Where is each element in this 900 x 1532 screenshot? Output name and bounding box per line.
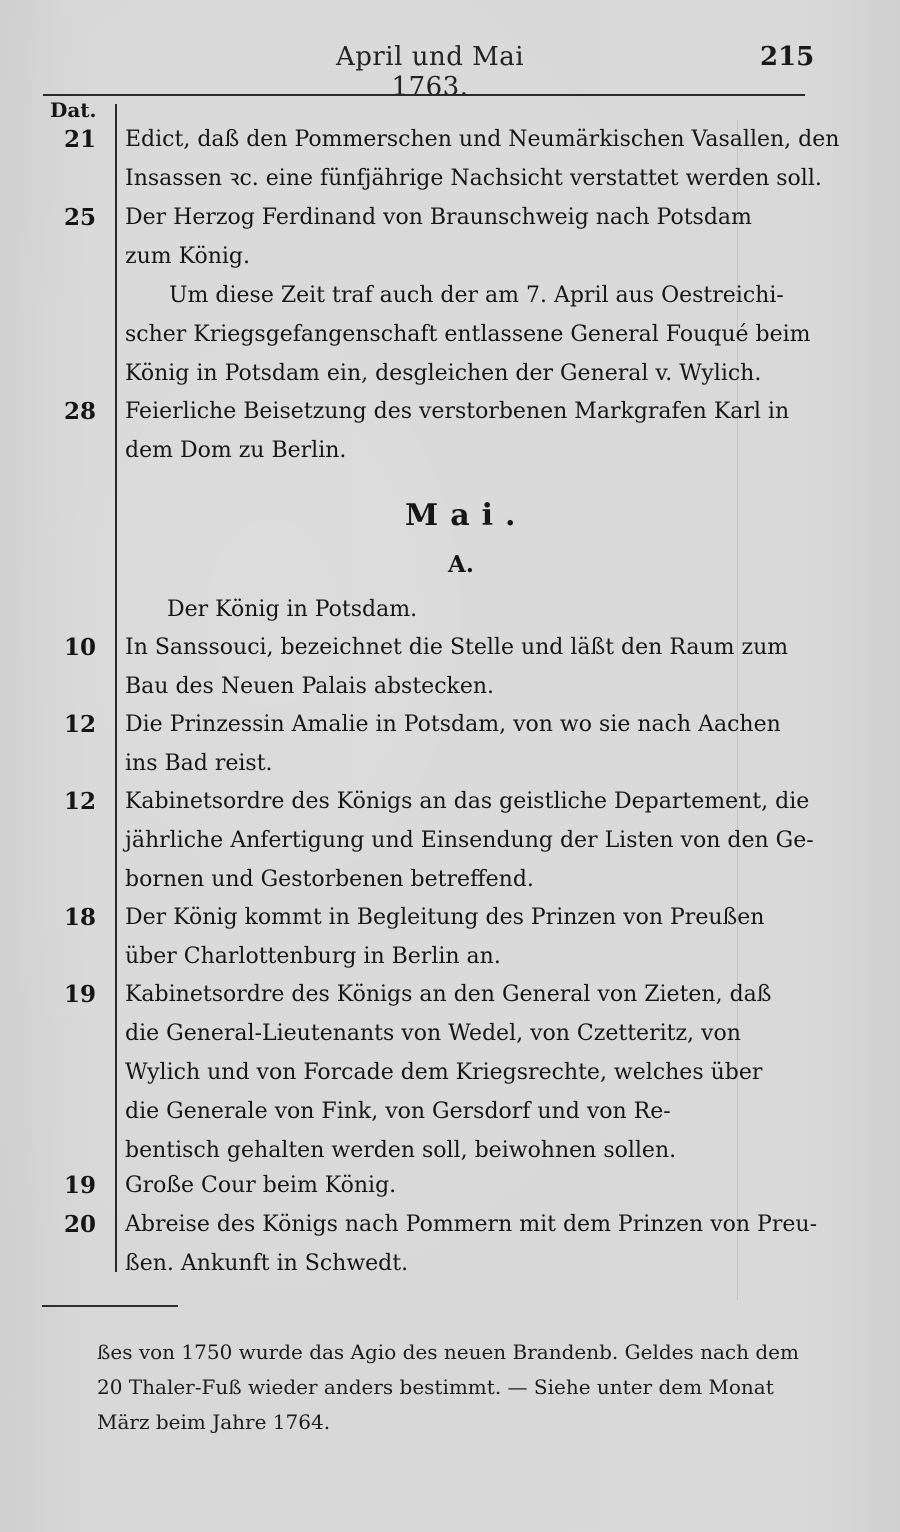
entry-line: Um diese Zeit traf auch der am 7. April …: [125, 276, 810, 315]
subsection-title: Der König in Potsdam.: [167, 590, 417, 629]
footnote-line: ßes von 1750 wurde das Agio des neuen Br…: [97, 1335, 812, 1370]
entry-line: bentisch gehalten werden soll, beiwohnen…: [125, 1131, 810, 1170]
entry-line: die Generale von Fink, von Gersdorf und …: [125, 1092, 810, 1131]
entry-line: König in Potsdam ein, desgleichen der Ge…: [125, 354, 810, 393]
entry-text: Der König kommt in Begleitung des Prinze…: [125, 898, 810, 976]
entry-line: Kabinetsordre des Königs an den General …: [125, 975, 810, 1014]
entry-line: dem Dom zu Berlin.: [125, 431, 810, 470]
entry-line: jährliche Anfertigung und Einsendung der…: [125, 821, 810, 860]
entry-day: 20: [40, 1205, 96, 1244]
entry-line: Der König kommt in Begleitung des Prinze…: [125, 898, 810, 937]
entry-day: 18: [40, 898, 96, 937]
running-head: April und Mai 1763. 215: [0, 40, 900, 80]
month-heading: Mai.: [405, 498, 525, 533]
entry-text: Abreise des Königs nach Pommern mit dem …: [125, 1205, 810, 1283]
entry-line: In Sanssouci, bezeichnet die Stelle und …: [125, 628, 810, 667]
entry-text: Der Herzog Ferdinand von Braunschweig na…: [125, 198, 810, 276]
entry-day: 25: [40, 198, 96, 237]
entry-line: Große Cour beim König.: [125, 1166, 810, 1205]
subsection-heading: A.: [448, 551, 474, 578]
entry-text: In Sanssouci, bezeichnet die Stelle und …: [125, 628, 810, 706]
entry-text: Große Cour beim König.: [125, 1166, 810, 1205]
entry-line: Bau des Neuen Palais abstecken.: [125, 667, 810, 706]
footnote: ßes von 1750 wurde das Agio des neuen Br…: [97, 1335, 812, 1440]
entry-line: die General-Lieutenants von Wedel, von C…: [125, 1014, 810, 1053]
entry-line: Feierliche Beisetzung des verstorbenen M…: [125, 392, 810, 431]
entry-line: über Charlottenburg in Berlin an.: [125, 937, 810, 976]
book-page: April und Mai 1763. 215 Dat. 21 Edict, d…: [0, 0, 900, 1532]
entry-text: Kabinetsordre des Königs an den General …: [125, 975, 810, 1170]
footnote-line: März beim Jahre 1764.: [97, 1405, 812, 1440]
entry-day: 19: [40, 975, 96, 1014]
entry-text: Die Prinzessin Amalie in Potsdam, von wo…: [125, 705, 810, 783]
running-title: April und Mai 1763.: [300, 42, 560, 102]
entry-day: 10: [40, 628, 96, 667]
entry-line: ßen. Ankunft in Schwedt.: [125, 1244, 810, 1283]
footnote-line: 20 Thaler-Fuß wieder anders bestimmt. — …: [97, 1370, 812, 1405]
entry-line: scher Kriegsgefangenschaft entlassene Ge…: [125, 315, 810, 354]
entry-line: zum König.: [125, 237, 810, 276]
entry-line: Wylich und von Forcade dem Kriegsrechte,…: [125, 1053, 810, 1092]
page-number: 215: [760, 42, 810, 72]
entry-line: bornen und Gestorbenen betreffend.: [125, 860, 810, 899]
entry-day: 12: [40, 705, 96, 744]
entry-line: Insassen ꝛc. eine fünfjährige Nachsicht …: [125, 159, 810, 198]
entry-line: ins Bad reist.: [125, 744, 810, 783]
entry-line: Abreise des Königs nach Pommern mit dem …: [125, 1205, 810, 1244]
entry-day: 19: [40, 1166, 96, 1205]
entry-line: Kabinetsordre des Königs an das geistlic…: [125, 782, 810, 821]
entry-text: Kabinetsordre des Königs an das geistlic…: [125, 782, 810, 899]
entry-day: 21: [40, 120, 96, 159]
date-column-label: Dat.: [50, 98, 97, 122]
entry-line: Der Herzog Ferdinand von Braunschweig na…: [125, 198, 810, 237]
entry-line: Edict, daß den Pommerschen und Neumärkis…: [125, 120, 810, 159]
entry-text: Feierliche Beisetzung des verstorbenen M…: [125, 392, 810, 470]
footnote-rule: [42, 1305, 178, 1307]
entry-day: 12: [40, 782, 96, 821]
entry-text: Um diese Zeit traf auch der am 7. April …: [125, 276, 810, 393]
entry-line: Die Prinzessin Amalie in Potsdam, von wo…: [125, 705, 810, 744]
header-rule: [43, 94, 805, 96]
date-column-rule: [115, 104, 117, 1272]
entry-text: Edict, daß den Pommerschen und Neumärkis…: [125, 120, 810, 198]
entry-day: 28: [40, 392, 96, 431]
